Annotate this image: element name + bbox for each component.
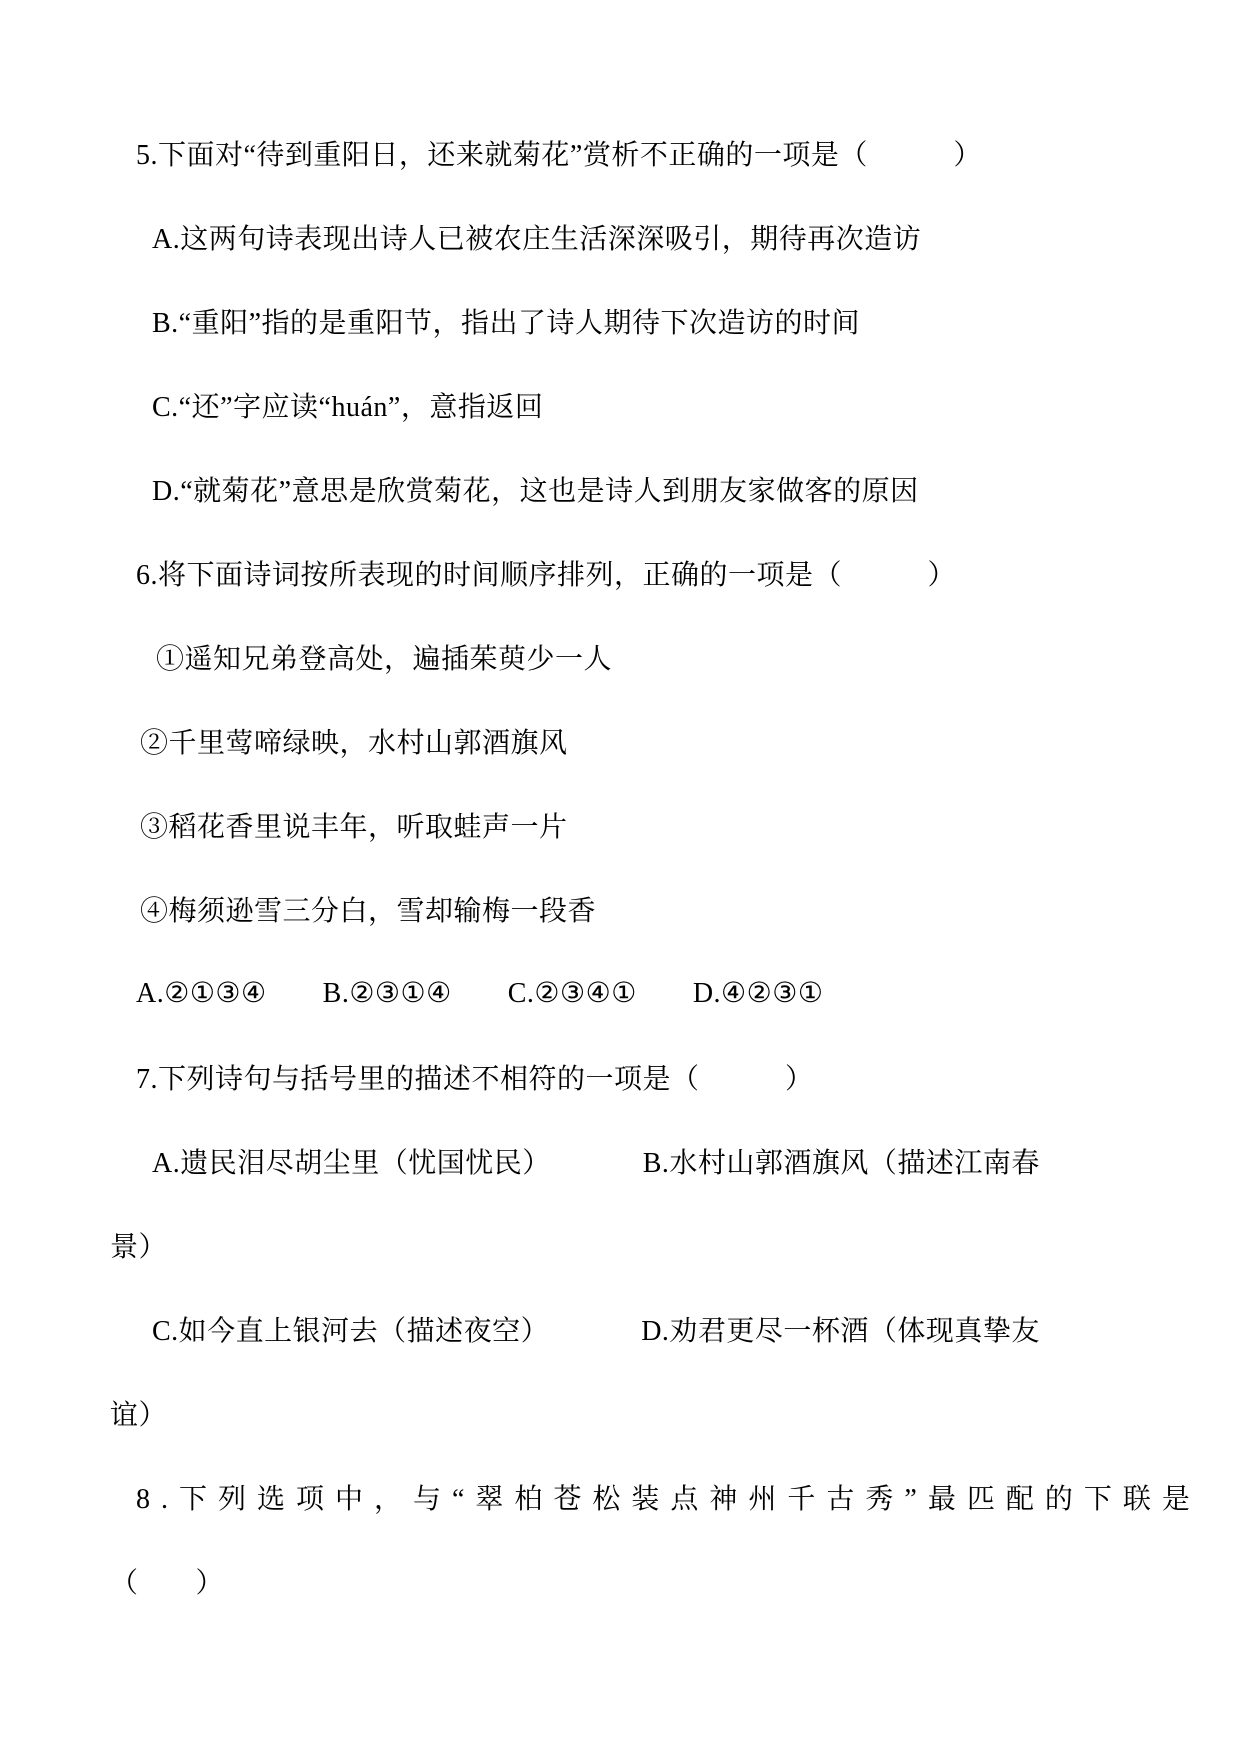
question-5-option-a: A.这两句诗表现出诗人已被农庄生活深深吸引，期待再次造访 (110, 195, 1141, 279)
question-7-options-ab-row: A.遗民泪尽胡尘里（忧国忧民） B.水村山郭酒旗风（描述江南春 (110, 1119, 1141, 1203)
question-6-choice-a: A.②①③④ (136, 976, 267, 1010)
question-5-option-d: D.“就菊花”意思是欣赏菊花，这也是诗人到朋友家做客的原因 (110, 447, 1141, 531)
question-7-stem: 7.下列诗句与括号里的描述不相符的一项是（ ） (110, 1035, 1141, 1119)
question-6-choice-b: B.②③①④ (323, 976, 452, 1010)
question-6-item-4-text: ④梅须逊雪三分白，雪却输梅一段香 (140, 889, 596, 929)
question-7-option-b-text: B.水村山郭酒旗风（描述江南春 (643, 1141, 1040, 1181)
question-7-option-b-wrap: 景） (110, 1203, 1141, 1287)
question-8-answer-blank: （ ） (110, 1539, 1141, 1623)
question-7-option-b-wrap-text: 景） (110, 1225, 167, 1265)
question-8-stem-text: 8.下列选项中，与“翠柏苍松装点神州千古秀”最匹配的下联是 (136, 1477, 1201, 1517)
question-7-options-cd-row: C.如今直上银河去（描述夜空） D.劝君更尽一杯酒（体现真挚友 (110, 1287, 1141, 1371)
question-6-item-2-text: ②千里莺啼绿映，水村山郭酒旗风 (140, 721, 568, 761)
question-6-item-1: ①遥知兄弟登高处，遍插茱萸少一人 (110, 615, 1141, 699)
question-5-option-b-text: B.“重阳”指的是重阳节，指出了诗人期待下次造访的时间 (152, 301, 860, 341)
question-6-stem: 6.将下面诗词按所表现的时间顺序排列，正确的一项是（ ） (110, 531, 1141, 615)
question-6-stem-text: 6.将下面诗词按所表现的时间顺序排列，正确的一项是（ ） (136, 553, 956, 593)
question-6-choice-d: D.④②③① (693, 976, 824, 1010)
question-7-option-c-text: C.如今直上银河去（描述夜空） (152, 1309, 549, 1349)
question-7-stem-text: 7.下列诗句与括号里的描述不相符的一项是（ ） (136, 1057, 814, 1097)
question-5-option-c-text: C.“还”字应读“huán”，意指返回 (152, 385, 543, 425)
question-6-item-2: ②千里莺啼绿映，水村山郭酒旗风 (110, 699, 1141, 783)
question-5-stem-text: 5.下面对“待到重阳日，还来就菊花”赏析不正确的一项是（ ） (136, 133, 982, 173)
question-6-item-4: ④梅须逊雪三分白，雪却输梅一段香 (110, 867, 1141, 951)
question-7-option-a-text: A.遗民泪尽胡尘里（忧国忧民） (152, 1141, 551, 1181)
question-6-item-1-text: ①遥知兄弟登高处，遍插茱萸少一人 (156, 637, 612, 677)
question-6-item-3: ③稻花香里说丰年，听取蛙声一片 (110, 783, 1141, 867)
question-7-option-d-wrap: 谊） (110, 1371, 1141, 1455)
question-5-option-b: B.“重阳”指的是重阳节，指出了诗人期待下次造访的时间 (110, 279, 1141, 363)
question-5-option-d-text: D.“就菊花”意思是欣赏菊花，这也是诗人到朋友家做客的原因 (152, 469, 919, 509)
question-5-option-c: C.“还”字应读“huán”，意指返回 (110, 363, 1141, 447)
question-5-stem: 5.下面对“待到重阳日，还来就菊花”赏析不正确的一项是（ ） (110, 111, 1141, 195)
question-7-option-d-text: D.劝君更尽一杯酒（体现真挚友 (641, 1309, 1040, 1349)
question-8-stem: 8.下列选项中，与“翠柏苍松装点神州千古秀”最匹配的下联是 (110, 1455, 1141, 1539)
question-6-choice-c: C.②③④① (508, 976, 637, 1010)
question-5-option-a-text: A.这两句诗表现出诗人已被农庄生活深深吸引，期待再次造访 (152, 217, 921, 257)
question-6-item-3-text: ③稻花香里说丰年，听取蛙声一片 (140, 805, 568, 845)
question-8-answer-blank-text: （ ） (110, 1561, 224, 1601)
question-7-option-d-wrap-text: 谊） (110, 1393, 167, 1433)
question-6-choices-row: A.②①③④ B.②③①④ C.②③④① D.④②③① (110, 951, 1141, 1035)
exam-page: 5.下面对“待到重阳日，还来就菊花”赏析不正确的一项是（ ） A.这两句诗表现出… (0, 0, 1241, 1754)
